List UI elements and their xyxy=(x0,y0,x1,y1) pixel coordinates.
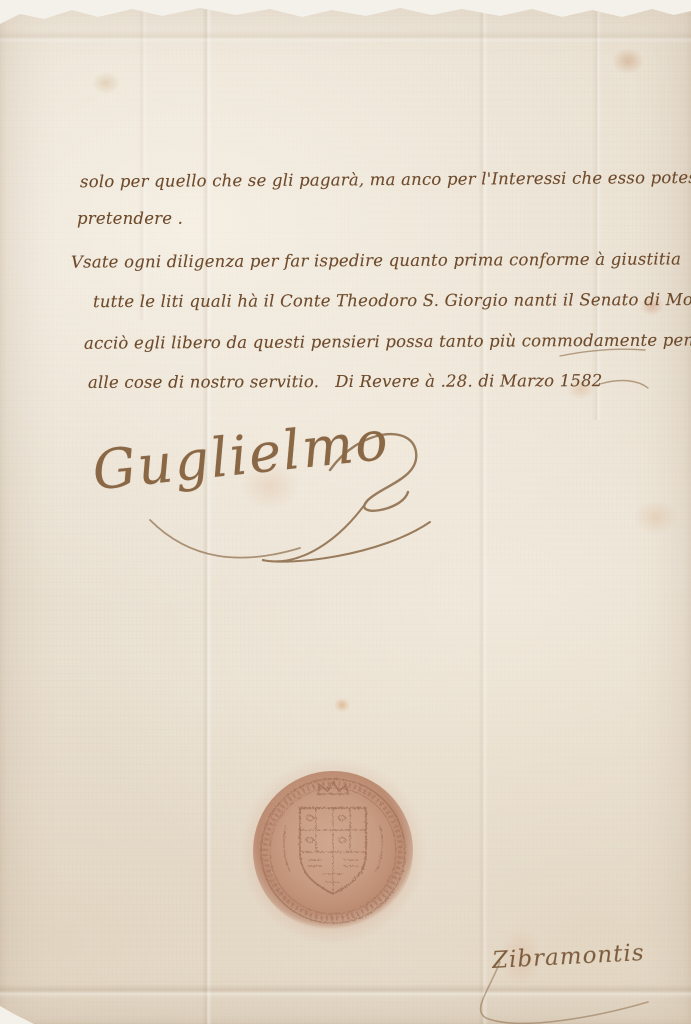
manuscript-line: tutte le liti quali hà il Conte Theodoro… xyxy=(93,290,691,311)
manuscript-line-text: alle cose di nostro servitio. xyxy=(88,372,319,392)
seal-graphic xyxy=(238,756,428,946)
manuscript-line-text: tutte le liti quali hà il Conte Theodoro… xyxy=(93,290,691,311)
manuscript-page: solo per quello che se gli pagarà, ma an… xyxy=(0,0,691,1024)
embossed-wax-seal xyxy=(238,756,428,946)
manuscript-line: alle cose di nostro servitio.Di Revere à… xyxy=(88,371,603,392)
manuscript-line: solo per quello che se gli pagarà, ma an… xyxy=(80,168,691,191)
manuscript-line: pretendere . xyxy=(77,209,183,228)
manuscript-line: Vsate ogni diligenza per far ispedire qu… xyxy=(71,249,681,271)
dateline: Di Revere à .28. di Marzo 1582 xyxy=(335,371,602,391)
photo-backdrop: solo per quello che se gli pagarà, ma an… xyxy=(0,0,691,1024)
manuscript-line: acciò egli libero da questi pensieri pos… xyxy=(84,330,691,352)
